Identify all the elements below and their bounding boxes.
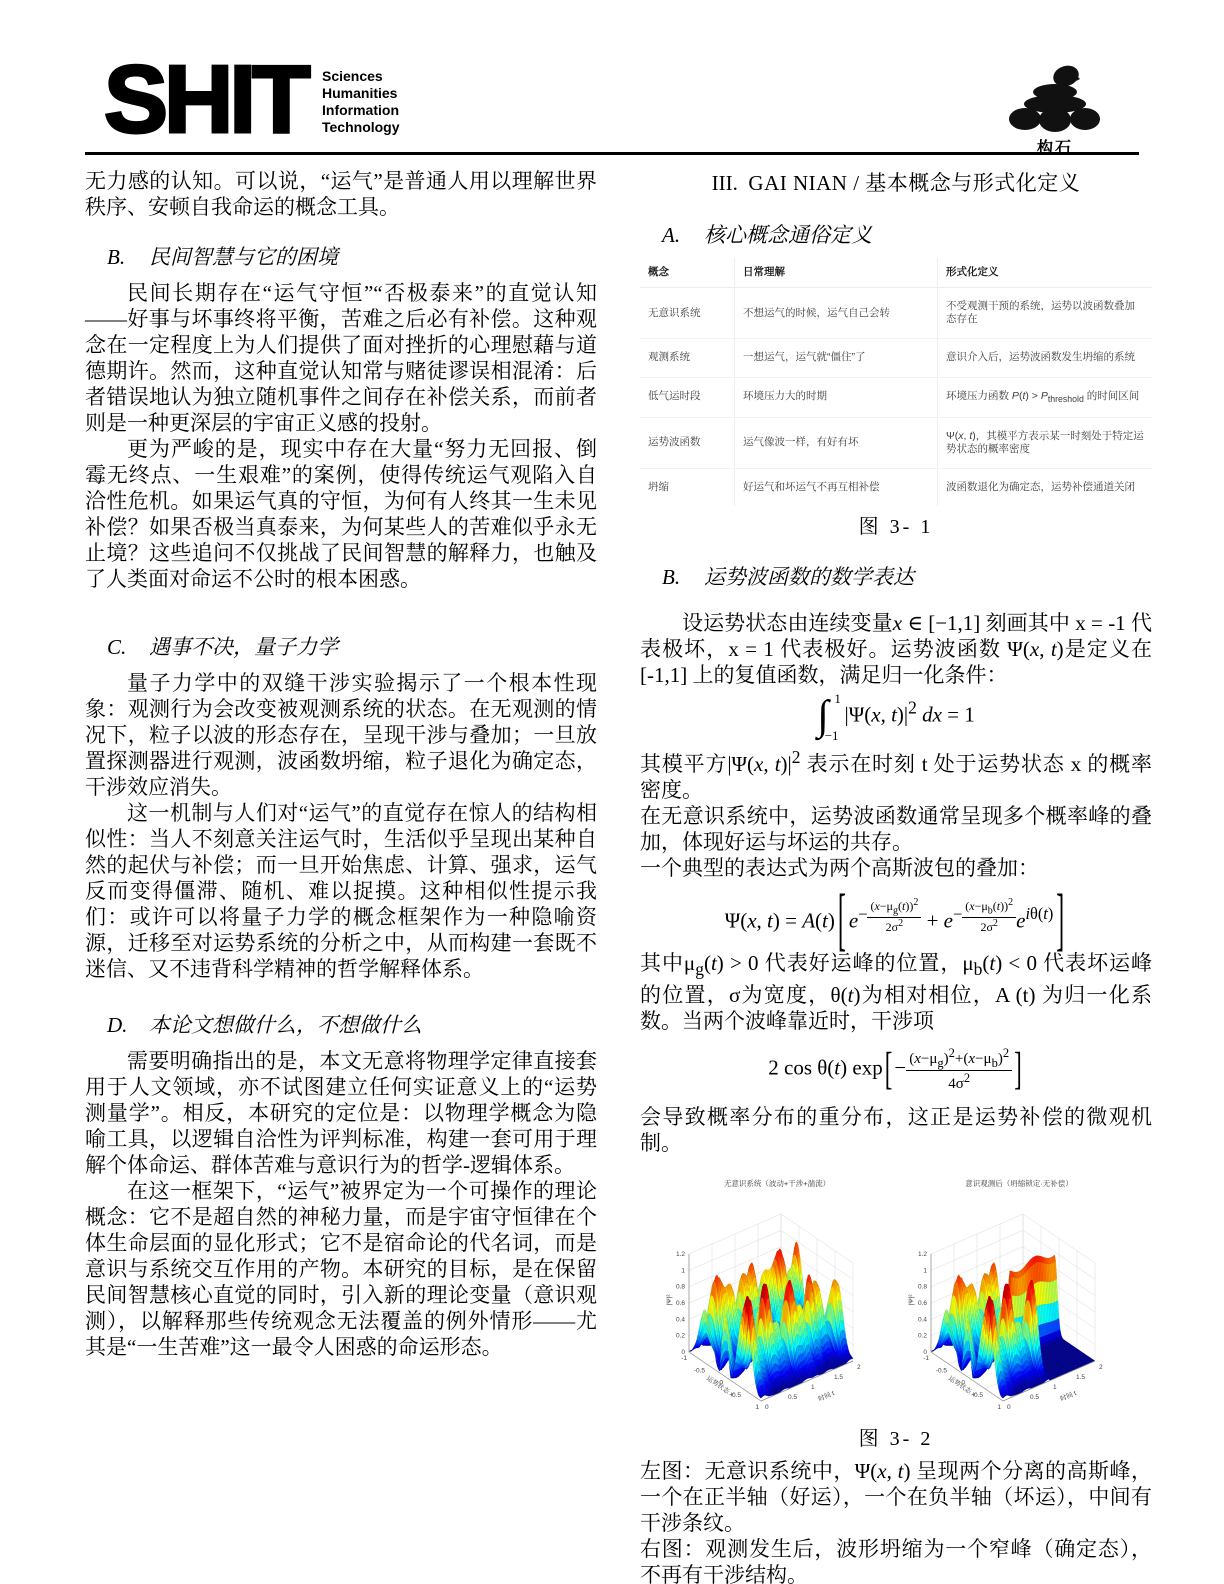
section-label: D. [107, 1012, 149, 1038]
section-title-text: 遇事不决，量子力学 [149, 635, 338, 659]
table-cell: 环境压力大的时期 [735, 377, 938, 417]
chapter-number: III. [712, 171, 738, 195]
section-title-text: 本论文想做什么，不想做什么 [149, 1013, 422, 1037]
table-cell: 一想运气，运气就“僵住”了 [735, 339, 938, 377]
figure-3-2 [640, 1170, 1152, 1418]
journal-word-information: Information [322, 102, 400, 119]
figure-3-2-caption: 图 3- 2 [640, 1426, 1152, 1452]
paragraph: 更为严峻的是，现实中存在大量“努力无回报、倒霉无终点、一生艰难”的案例，使得传统… [85, 436, 597, 592]
formula-normalization: ∫1−1|Ψ(x, t)|2 dx = 1 [640, 698, 1152, 736]
section-title-text: 民间智慧与它的困境 [149, 245, 338, 269]
table-cell: 不受观测干预的系统，运势以波函数叠加态存在 [938, 288, 1153, 339]
right-column: III. GAI NIAN / 基本概念与形式化定义 A.核心概念通俗定义 概念… [640, 168, 1152, 1584]
column-header: 概念 [640, 258, 735, 288]
paragraph: 这一机制与人们对“运气”的直觉存在惊人的结构相似性：当人不刻意关注运气时，生活似… [85, 800, 597, 982]
table-row: 运势波函数 运气像波一样，有好有坏 Ψ(x, t)，其模平方表示某一时刻处于特定… [640, 417, 1152, 468]
paragraph: 需要明确指出的是，本文无意将物理学定律直接套用于人文领域，亦不试图建立任何实证意… [85, 1048, 597, 1178]
section-label: A. [662, 222, 704, 248]
paragraph: 在无意识系统中，运势波函数通常呈现多个概率峰的叠加，体现好运与坏运的共存。 [640, 803, 1152, 855]
figure-3-1-caption: 图 3- 1 [640, 514, 1152, 540]
section-heading-d: D.本论文想做什么，不想做什么 [85, 1012, 597, 1038]
paragraph: 其中μg(t) > 0 代表好运峰的位置，μb(t) < 0 代表坏运峰的位置，… [640, 950, 1152, 1034]
page: SHIT Sciences Humanities Information Tec… [0, 0, 1224, 1584]
section-title-text: 核心概念通俗定义 [704, 223, 872, 247]
paragraph: 一个典型的表达式为两个高斯波包的叠加： [640, 855, 1152, 881]
paragraph: 量子力学中的双缝干涉实验揭示了一个根本性现象：观测行为会改变被观测系统的状态。在… [85, 670, 597, 800]
surface-plot-unobserved-system [659, 1170, 891, 1418]
section-heading-b: B.民间智慧与它的困境 [85, 244, 597, 270]
table-row: 低气运时段 环境压力大的时期 环境压力函数 P(t) > Pthreshold … [640, 377, 1152, 417]
table-cell: 坍缩 [640, 468, 735, 506]
section-label: B. [107, 244, 149, 270]
paragraph: 民间长期存在“运气守恒”“否极泰来”的直觉认知——好事与坏事终将平衡，苦难之后必… [85, 280, 597, 436]
paragraph: 设运势状态由连续变量x ∈ [−1,1] 刻画其中 x = -1 代表极坏，x … [640, 610, 1152, 688]
concept-definition-table: 概念 日常理解 形式化定义 无意识系统 不想运气的时候，运气自己会转 不受观测干… [640, 258, 1152, 506]
table-cell: 运气像波一样，有好有坏 [735, 417, 938, 468]
table-header-row: 概念 日常理解 形式化定义 [640, 258, 1152, 288]
left-column: 无力感的认知。可以说，“运气”是普通人用以理解世界秩序、安顿自我命运的概念工具。… [85, 168, 597, 1360]
journal-logo: SHIT [104, 52, 307, 148]
formula-interference-term: 2 cos θ(t) exp[−(x−μg)2+(x−μb)24σ2] [640, 1046, 1152, 1094]
table-cell: 无意识系统 [640, 288, 735, 339]
stone-pile-icon [1003, 58, 1107, 132]
paragraph: 在这一框架下，“运气”被界定为一个可操作的理论概念：它不是超自然的神秘力量，而是… [85, 1178, 597, 1360]
table-cell: 低气运时段 [640, 377, 735, 417]
formula-wavefunction: Ψ(x, t) = A(t)[e−(x−μg(t))22σ2 + e−(x−μb… [640, 897, 1152, 936]
chapter-title-text: GAI NIAN / 基本概念与形式化定义 [748, 171, 1080, 195]
column-header: 形式化定义 [938, 258, 1153, 288]
table-cell: Ψ(x, t)，其模平方表示某一时刻处于特定运势状态的概率密度 [938, 417, 1153, 468]
journal-word-sciences: Sciences [322, 68, 400, 85]
chapter-title: III. GAI NIAN / 基本概念与形式化定义 [640, 170, 1152, 196]
table-row: 无意识系统 不想运气的时候，运气自己会转 不受观测干预的系统，运势以波函数叠加态… [640, 288, 1152, 339]
section-heading-b2: B.运势波函数的数学表达 [640, 564, 1152, 590]
surface-plot-collapsed-system [901, 1170, 1133, 1418]
publisher-logo: 构石 [1001, 58, 1109, 158]
section-heading-a: A.核心概念通俗定义 [640, 222, 1152, 248]
section-label: B. [662, 564, 704, 590]
section-label: C. [107, 634, 149, 660]
section-title-text: 运势波函数的数学表达 [704, 565, 914, 589]
figure-note-right: 右图：观测发生后，波形坍缩为一个窄峰（确定态），不再有干涉结构。 [640, 1536, 1152, 1584]
journal-word-humanities: Humanities [322, 85, 400, 102]
table-cell: 波函数退化为确定态，运势补偿通道关闭 [938, 468, 1153, 506]
paragraph: 会导致概率分布的重分布，这正是运势补偿的微观机制。 [640, 1104, 1152, 1156]
table-cell: 观测系统 [640, 339, 735, 377]
header-rule [85, 152, 1139, 155]
table-row: 观测系统 一想运气，运气就“僵住”了 意识介入后，运势波函数发生坍缩的系统 [640, 339, 1152, 377]
paragraph: 其模平方|Ψ(x, t)|2 表示在时刻 t 处于运势状态 x 的概率密度。 [640, 744, 1152, 803]
table-cell: 运势波函数 [640, 417, 735, 468]
journal-word-technology: Technology [322, 119, 400, 136]
table-cell: 环境压力函数 P(t) > Pthreshold 的时间区间 [938, 377, 1153, 417]
table-cell: 好运气和坏运气不再互相补偿 [735, 468, 938, 506]
table-row: 坍缩 好运气和坏运气不再互相补偿 波函数退化为确定态，运势补偿通道关闭 [640, 468, 1152, 506]
table-cell: 不想运气的时候，运气自己会转 [735, 288, 938, 339]
table-cell: 意识介入后，运势波函数发生坍缩的系统 [938, 339, 1153, 377]
continued-paragraph: 无力感的认知。可以说，“运气”是普通人用以理解世界秩序、安顿自我命运的概念工具。 [85, 168, 597, 220]
figure-note-left: 左图：无意识系统中，Ψ(x, t) 呈现两个分离的高斯峰，一个在正半轴（好运），… [640, 1458, 1152, 1536]
journal-name-words: Sciences Humanities Information Technolo… [322, 68, 400, 136]
column-header: 日常理解 [735, 258, 938, 288]
section-heading-c: C.遇事不决，量子力学 [85, 634, 597, 660]
